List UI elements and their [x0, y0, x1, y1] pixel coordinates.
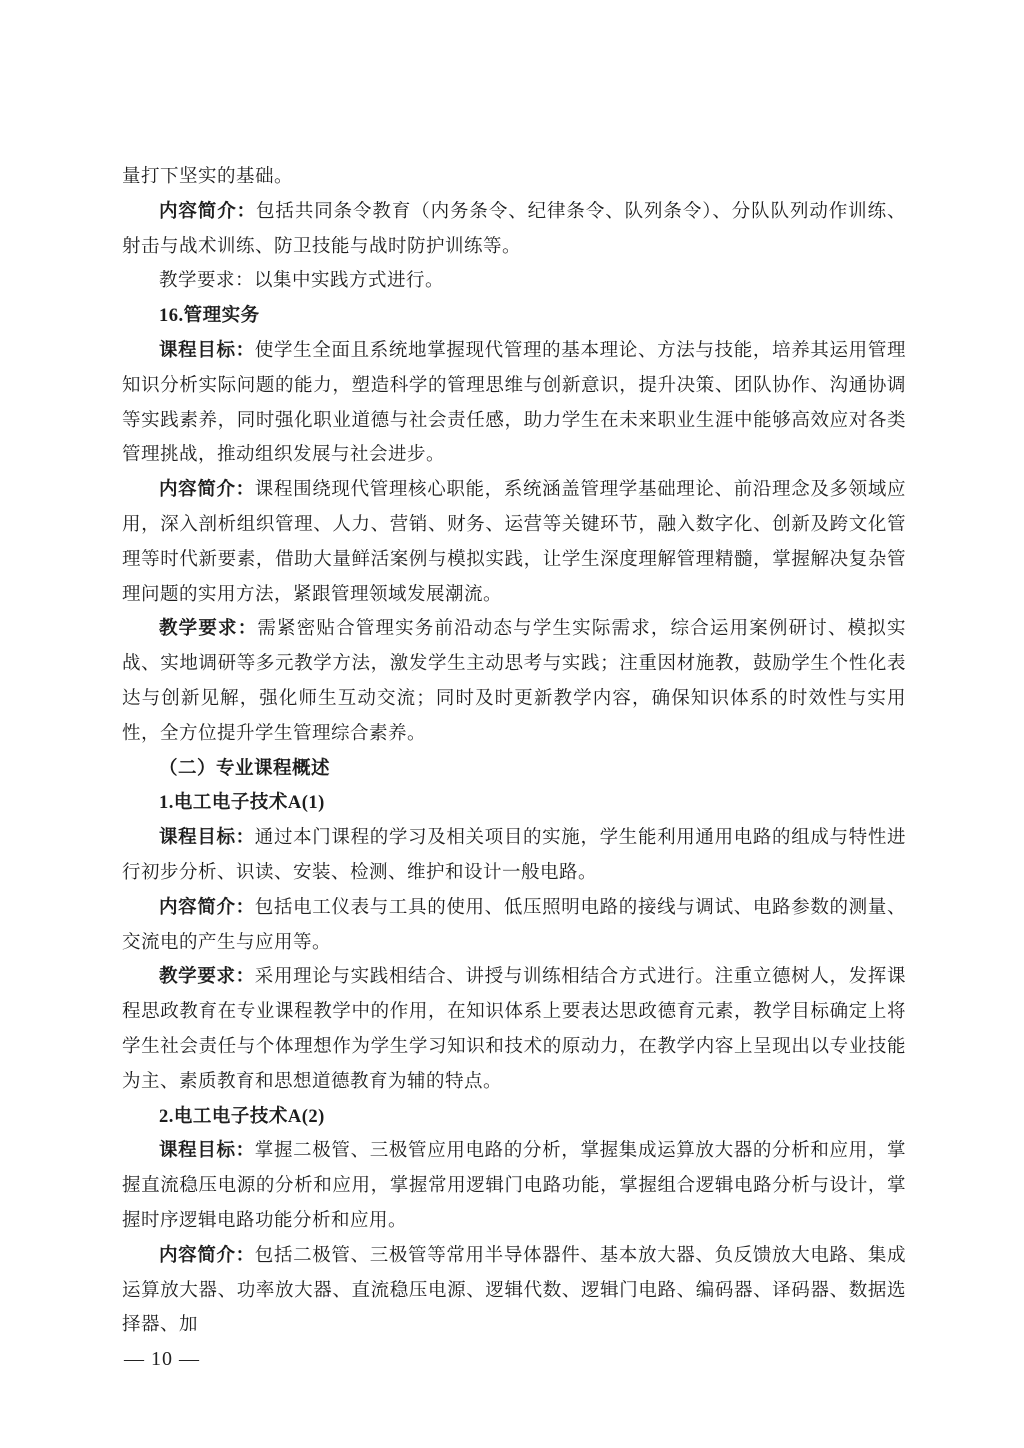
paragraph: 课程目标：掌握二极管、三极管应用电路的分析，掌握集成运算放大器的分析和应用，掌握…: [122, 1134, 906, 1238]
paragraph: 教学要求：需紧密贴合管理实务前沿动态与学生实际需求，综合运用案例研讨、模拟实战、…: [122, 612, 906, 751]
paragraph-label: 内容简介：: [159, 898, 255, 918]
section-heading: （二）专业课程概述: [122, 752, 906, 787]
paragraph: 课程目标：通过本门课程的学习及相关项目的实施，学生能利用通用电路的组成与特性进行…: [122, 821, 906, 891]
paragraph-label: 课程目标：: [159, 828, 255, 848]
paragraph-label: 课程目标：: [159, 341, 255, 361]
paragraph-continuation: 量打下坚实的基础。: [122, 160, 906, 195]
page-footer: — 10 —: [124, 1348, 200, 1371]
document-body: 量打下坚实的基础。 内容简介：包括共同条令教育（内务条令、纪律条令、队列条令）、…: [122, 160, 906, 1343]
paragraph-label: 内容简介：: [159, 1246, 255, 1266]
paragraph-label: 内容简介：: [159, 202, 256, 222]
paragraph-label: 教学要求：: [159, 619, 257, 639]
paragraph: 内容简介：包括二极管、三极管等常用半导体器件、基本放大器、负反馈放大电路、集成运…: [122, 1239, 906, 1343]
course-heading: 1.电工电子技术A(1): [122, 786, 906, 821]
paragraph: 内容简介：课程围绕现代管理核心职能，系统涵盖管理学基础理论、前沿理念及多领域应用…: [122, 473, 906, 612]
course-heading: 2.电工电子技术A(2): [122, 1100, 906, 1135]
paragraph: 教学要求：采用理论与实践相结合、讲授与训练相结合方式进行。注重立德树人，发挥课程…: [122, 960, 906, 1099]
paragraph: 内容简介：包括电工仪表与工具的使用、低压照明电路的接线与调试、电路参数的测量、交…: [122, 891, 906, 961]
section-heading: 16.管理实务: [122, 299, 906, 334]
paragraph: 课程目标：使学生全面且系统地掌握现代管理的基本理论、方法与技能，培养其运用管理知…: [122, 334, 906, 473]
paragraph: 教学要求：以集中实践方式进行。: [122, 264, 906, 299]
page-number: — 10 —: [124, 1348, 200, 1370]
paragraph-label: 课程目标：: [159, 1141, 255, 1161]
document-page: 量打下坚实的基础。 内容简介：包括共同条令教育（内务条令、纪律条令、队列条令）、…: [0, 0, 1024, 1448]
paragraph: 内容简介：包括共同条令教育（内务条令、纪律条令、队列条令）、分队队列动作训练、射…: [122, 195, 906, 265]
paragraph-label: 内容简介：: [159, 480, 255, 500]
paragraph-label: 教学要求：: [159, 967, 255, 987]
